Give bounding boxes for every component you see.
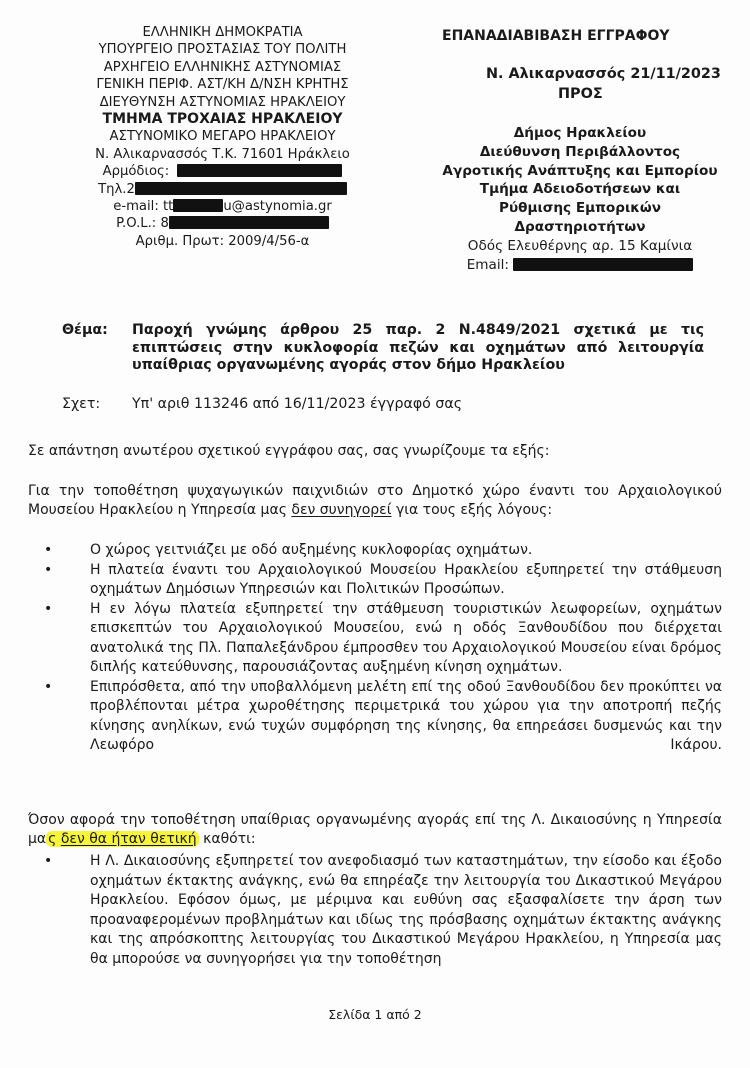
recipient-email-label: Email: [467, 257, 509, 273]
list-item-text: Η πλατεία έναντι του Αρχαιολογικού Μουσε… [90, 562, 722, 598]
bullet-icon: • [44, 541, 52, 561]
list-item: •Η Λ. Δικαιοσύνης εξυπηρετεί τον ανεφοδι… [40, 852, 722, 969]
emphasis-not-positive: δεν θα ήταν θετική [61, 831, 197, 847]
pol-label: P.O.L.: 8 [116, 216, 169, 231]
intro-paragraph: Σε απάντηση ανωτέρου σχετικού εγγράφου σ… [28, 442, 722, 461]
recipient-line: Ρύθμισης Εμπορικών [420, 199, 740, 218]
recipient-block: Δήμος Ηρακλείου Διεύθυνση Περιβάλλοντος … [420, 124, 740, 274]
bullet-icon: • [44, 600, 52, 620]
sender-building: ΑΣΤΥΝΟΜΙΚΟ ΜΕΓΑΡΟ ΗΡΑΚΛΕΙΟΥ [60, 128, 385, 145]
recipient-line: Δραστηριοτήτων [420, 218, 740, 237]
redaction-bar [177, 164, 342, 177]
sender-address: Ν. Αλικαρνασσός Τ.Κ. 71601 Ηράκλειο [60, 146, 385, 163]
list-item: •Η εν λόγω πλατεία εξυπηρετεί την στάθμε… [40, 600, 722, 678]
list-item-text: Ο χώρος γειτνιάζει με οδό αυξημένης κυκλ… [90, 542, 532, 558]
subject-text: Παροχή γνώμης άρθρου 25 παρ. 2 Ν.4849/20… [132, 322, 704, 375]
officer-row: Αρμόδιος: [60, 163, 385, 180]
sender-header: ΕΛΛΗΝΙΚΗ ΔΗΜΟΚΡΑΤΙΑ ΥΠΟΥΡΓΕΙΟ ΠΡΟΣΤΑΣΙΑΣ… [60, 24, 385, 250]
sender-line: ΕΛΛΗΝΙΚΗ ΔΗΜΟΚΡΑΤΙΑ [60, 24, 385, 41]
redaction-bar [135, 182, 347, 195]
redaction-bar [173, 199, 223, 212]
reference-text: Υπ' αριθ 113246 από 16/11/2023 έγγραφό σ… [132, 396, 462, 414]
paragraph-market: Όσον αφορά την τοποθέτηση υπαίθριας οργα… [28, 811, 722, 849]
list-item: •Η πλατεία έναντι του Αρχαιολογικού Μουσ… [40, 561, 722, 600]
place-date: Ν. Αλικαρνασσός 21/11/2023 [486, 66, 721, 82]
highlighted-text: ς δεν θα ήταν θετική [46, 831, 199, 847]
recipient-email-row: Email: [420, 256, 740, 275]
bullet-icon: • [44, 852, 52, 872]
email-row: e-mail: ttu@astynomia.gr [60, 198, 385, 215]
sender-department: ΤΜΗΜΑ ΤΡΟΧΑΙΑΣ ΗΡΑΚΛΕΙΟΥ [60, 111, 385, 128]
bullet-icon: • [44, 561, 52, 581]
sender-line: ΔΙΕΥΘΥΝΣΗ ΑΣΤΥΝΟΜΙΑΣ ΗΡΑΚΛΕΙΟΥ [60, 94, 385, 111]
page-number: Σελίδα 1 από 2 [0, 1007, 750, 1022]
sender-line: ΥΠΟΥΡΓΕΙΟ ΠΡΟΣΤΑΣΙΑΣ ΤΟΥ ΠΟΛΙΤΗ [60, 41, 385, 58]
email-suffix: u@astynomia.gr [223, 199, 331, 214]
paragraph-text: καθότι: [199, 831, 256, 847]
emphasis-not-endorse: δεν συνηγορεί [291, 502, 391, 518]
email-prefix: e-mail: tt [113, 199, 173, 214]
list-item: •Ο χώρος γειτνιάζει με οδό αυξημένης κυκ… [40, 541, 722, 561]
recipient-line: Τμήμα Αδειοδοτήσεων και [420, 180, 740, 199]
redaction-bar [169, 216, 329, 229]
list-item: •Επιπρόσθετα, από την υποβαλλόμενη μελέτ… [40, 678, 722, 756]
sender-line: ΑΡΧΗΓΕΙΟ ΕΛΛΗΝΙΚΗΣ ΑΣΤΥΝΟΜΙΑΣ [60, 59, 385, 76]
list-item-text: Η εν λόγω πλατεία εξυπηρετεί την στάθμευ… [90, 601, 722, 676]
officer-label: Αρμόδιος: [103, 164, 170, 179]
to-label: ΠΡΟΣ [558, 86, 603, 102]
recipient-line: Αγροτικής Ανάπτυξης και Εμπορίου [420, 162, 740, 181]
resubmission-title: ΕΠΑΝΑΔΙΑΒΙΒΑΣΗ ΕΓΓΡΑΦΟΥ [442, 28, 670, 44]
list-item-text: Εφόσον όμως, με μέριμνα και ευθύνη σας ε… [90, 892, 722, 967]
phone-label: Τηλ.2 [98, 182, 135, 197]
sender-line: ΓΕΝΙΚΗ ΠΕΡΙΦ. ΑΣΤ/ΚΗ Δ/ΝΣΗ ΚΡΗΤΗΣ [60, 76, 385, 93]
protocol-number: Αριθμ. Πρωτ: 2009/4/56-α [60, 233, 385, 250]
list-item-text: Επιπρόσθετα, από την υποβαλλόμενη μελέτη… [90, 679, 722, 754]
recipient-line: Διεύθυνση Περιβάλλοντος [420, 143, 740, 162]
pol-row: P.O.L.: 8 [60, 215, 385, 232]
phone-row: Τηλ.2 [60, 181, 385, 198]
highlight-prefix: ς [48, 831, 61, 847]
paragraph-text: για τους εξής λόγους: [392, 502, 553, 518]
paragraph-games: Για την τοποθέτηση ψυχαγωγικών παιχνιδιώ… [28, 482, 722, 520]
bullet-icon: • [44, 678, 52, 698]
recipient-line: Δήμος Ηρακλείου [420, 124, 740, 143]
subject-label: Θέμα: [62, 322, 108, 340]
reasons-list: •Ο χώρος γειτνιάζει με οδό αυξημένης κυκ… [40, 541, 722, 756]
reference-label: Σχετ: [62, 396, 100, 414]
recipient-street: Οδός Ελευθέρνης αρ. 15 Καμίνια [420, 237, 740, 256]
redaction-bar [513, 258, 693, 271]
market-reasons-list: •Η Λ. Δικαιοσύνης εξυπηρετεί τον ανεφοδι… [40, 852, 722, 969]
